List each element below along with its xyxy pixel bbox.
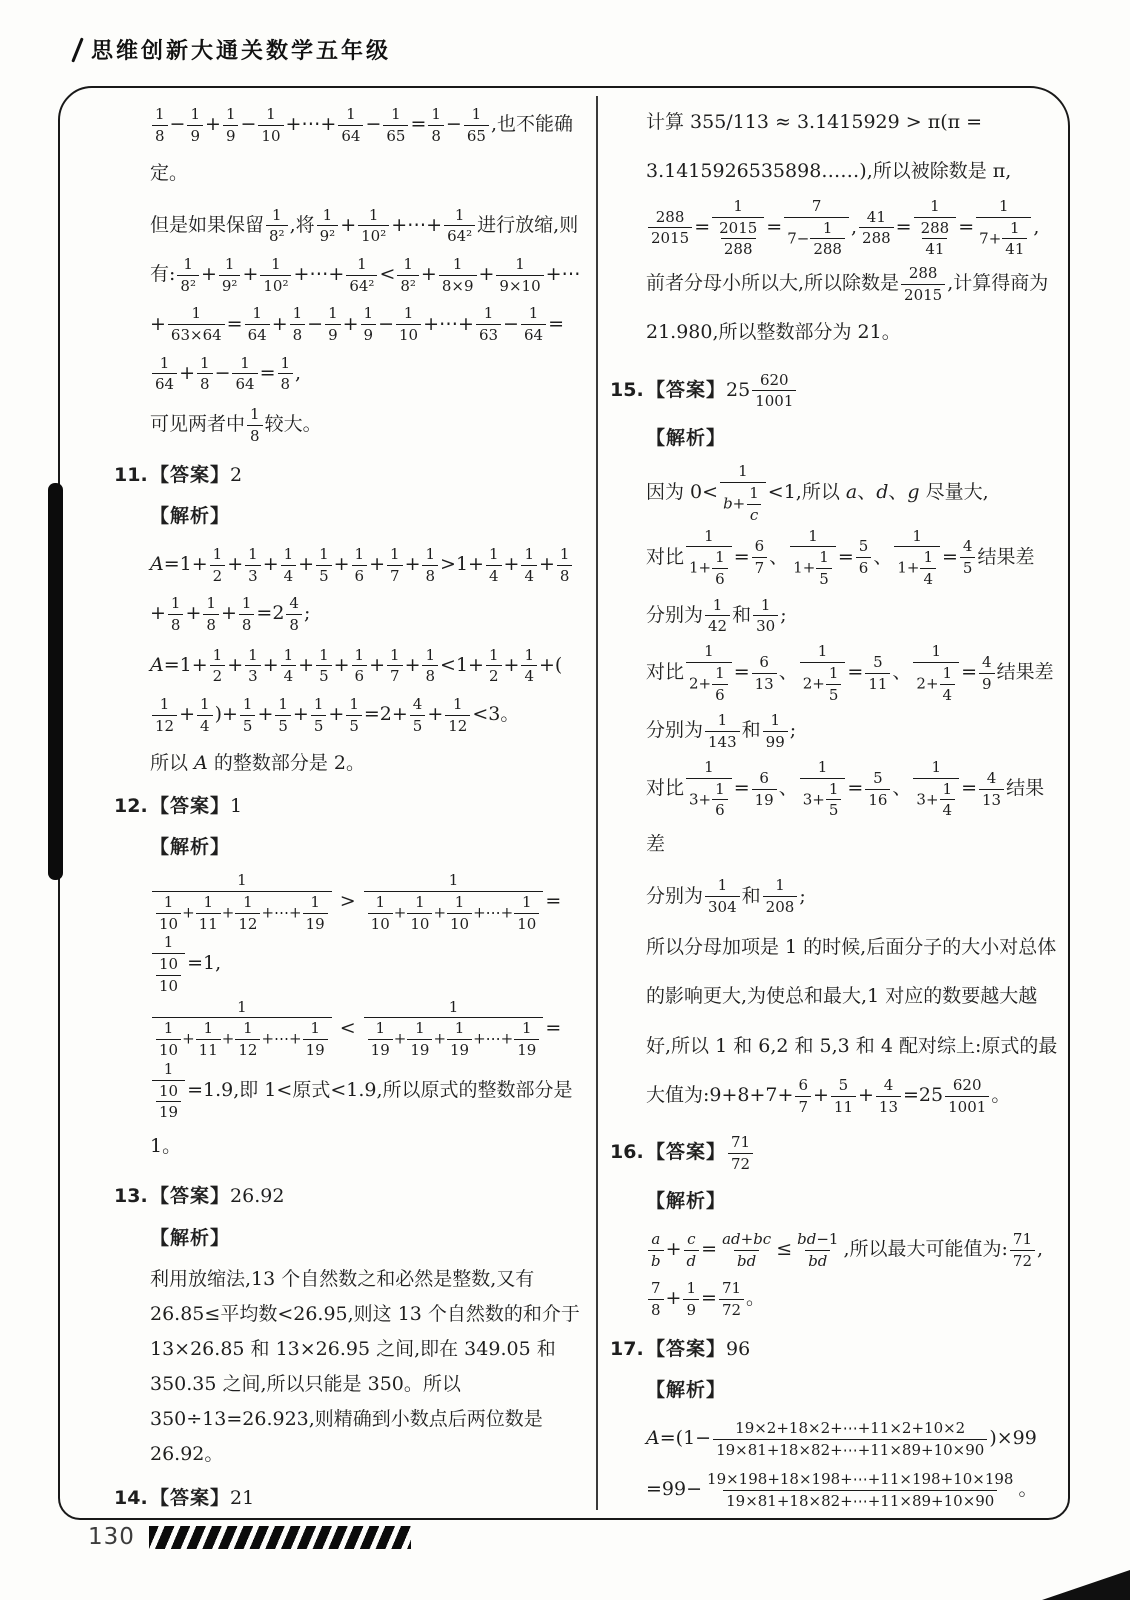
fraction: 511 xyxy=(831,1076,856,1117)
problem-number: 11. xyxy=(114,458,150,493)
fraction: 14 xyxy=(940,664,956,705)
fraction: 164 xyxy=(245,304,270,345)
fraction: 110 xyxy=(156,893,181,934)
fraction: 130 xyxy=(753,596,778,637)
fraction: 15 xyxy=(240,695,256,736)
fraction: 15 xyxy=(826,780,842,821)
fraction: ab xyxy=(648,1230,664,1271)
fraction: 6201001 xyxy=(752,371,796,412)
fraction: 613 xyxy=(752,653,777,694)
fraction: 15 xyxy=(311,695,327,736)
fraction: 18² xyxy=(266,206,288,247)
fraction: 13+16 xyxy=(686,758,732,820)
fraction: 110² xyxy=(260,255,291,296)
left-column: 18−19+19−110+⋯+164−165=18−165,也不能确定。但是如果… xyxy=(114,98,582,1518)
fraction: 119 xyxy=(514,1019,539,1060)
page-title: 思维创新大通关数学五年级 xyxy=(91,34,391,65)
solution-paragraph: 分别为1143和199; xyxy=(610,706,1058,755)
fraction: 110 xyxy=(156,1019,181,1060)
fraction: 413 xyxy=(876,1076,901,1117)
fraction: 17 xyxy=(387,545,403,586)
fraction: 112 xyxy=(235,893,260,934)
fraction: 16 xyxy=(712,780,728,821)
fraction: 1208 xyxy=(763,876,798,917)
fraction: 119 xyxy=(303,1019,328,1060)
answer-head: 14.【答案】21 xyxy=(114,1481,582,1516)
fraction: 1119+119+119+⋯+119 xyxy=(364,998,544,1060)
solution-paragraph: 计算 355/113 ≈ 3.1415929 > π(π = 3.1415926… xyxy=(610,98,1058,358)
solution-paragraph: 分别为1304和1208; xyxy=(610,872,1058,921)
solution-paragraph: 故:19×198+18×198+⋯+11×198+10×19819×81+18×… xyxy=(610,1517,1058,1520)
fraction: 18 xyxy=(422,545,438,586)
fraction: 15 xyxy=(346,695,362,736)
fraction: 18 xyxy=(197,354,213,395)
fraction: 56 xyxy=(856,537,872,578)
bold-label: 【答案】 xyxy=(150,1487,230,1509)
fraction: 112 xyxy=(152,695,177,736)
answer-head: 13.【答案】26.92 xyxy=(114,1179,582,1214)
problem-number: 13. xyxy=(114,1179,150,1214)
solution-paragraph: ab+cd=ad+bcbd≤bd−1bd,所以最大可能值为:7172,78+19… xyxy=(610,1225,1058,1324)
fraction: 19² xyxy=(317,206,339,247)
fraction: 15 xyxy=(275,695,291,736)
fraction: 14 xyxy=(920,548,936,589)
fraction: 18 xyxy=(152,105,168,146)
fraction: 119 xyxy=(407,1019,432,1060)
right-column: 计算 355/113 ≈ 3.1415929 > π(π = 3.1415926… xyxy=(610,96,1058,1518)
solution-paragraph: 1110+111+112+⋯+119 < 1119+119+119+⋯+119=… xyxy=(114,998,582,1172)
fraction: cd xyxy=(684,1230,700,1271)
fraction: 1010 xyxy=(156,955,181,996)
fraction: 7172 xyxy=(728,1133,753,1174)
footer-hatch-decoration xyxy=(149,1526,411,1549)
fraction: 11010 xyxy=(152,933,185,995)
fraction: 142 xyxy=(705,596,730,637)
problem-number: 12. xyxy=(114,789,150,824)
content-frame: 18−19+19−110+⋯+164−165=18−165,也不能确定。但是如果… xyxy=(58,86,1070,1520)
fraction: 16 xyxy=(352,646,368,687)
fraction: 112 xyxy=(445,695,470,736)
fraction: 19 xyxy=(361,304,377,345)
fraction: 163×64 xyxy=(168,304,225,345)
fraction: 14 xyxy=(197,695,213,736)
fraction: 16 xyxy=(352,545,368,586)
fraction: 1110+111+112+⋯+119 xyxy=(152,871,332,933)
fraction: 164² xyxy=(444,206,475,247)
problem-number: 15. xyxy=(610,366,646,415)
fraction: 12 xyxy=(486,646,502,687)
book-page: 思维创新大通关数学五年级 18−19+19−110+⋯+164−165=18−1… xyxy=(0,0,1130,1600)
fraction: 516 xyxy=(865,769,890,810)
bold-label: 【解析】 xyxy=(150,505,230,527)
fraction: 7172 xyxy=(1010,1230,1035,1271)
solution-paragraph: =99−19×198+18×198+⋯+11×198+10×19819×81+1… xyxy=(610,1465,1058,1514)
solution-paragraph: 因为 0<1b+1c<1,所以 a、d、g 尽量大, xyxy=(610,462,1058,524)
fraction: 19 xyxy=(223,105,239,146)
fraction: 18 xyxy=(290,304,306,345)
fraction: 1b+1c xyxy=(720,462,766,524)
fraction: 141 xyxy=(1002,219,1027,260)
fraction: 164 xyxy=(232,354,257,395)
fraction: 41288 xyxy=(859,208,894,249)
fraction: 19² xyxy=(219,255,241,296)
solution-paragraph: 1110+111+112+⋯+119 > 1110+110+110+⋯+110=… xyxy=(114,871,582,996)
fraction: 2882015 xyxy=(648,208,692,249)
fraction: 1c xyxy=(746,484,762,525)
solution-paragraph: 但是如果保留18²,将19²+110²+⋯+164²进行放缩,则有:18²+19… xyxy=(114,201,582,399)
fraction: 18 xyxy=(247,405,263,446)
fraction: 18 xyxy=(239,594,255,635)
fraction: 7172 xyxy=(719,1279,744,1320)
fraction: 15 xyxy=(816,548,832,589)
column-divider xyxy=(596,96,598,1510)
fraction: bd−1bd xyxy=(794,1230,841,1271)
section-label: 【解析】 xyxy=(114,830,582,865)
fraction: 199 xyxy=(763,711,788,752)
page-footer: 130 xyxy=(88,1524,411,1550)
solution-paragraph: 所以分母加项是 1 的时候,后面分子的大小对总体的影响更大,为使总和最大,1 对… xyxy=(610,923,1058,1121)
fraction: 15 xyxy=(826,664,842,705)
page-corner-mark xyxy=(1042,1570,1130,1600)
fraction: 128841 xyxy=(914,197,957,259)
fraction: 164 xyxy=(521,304,546,345)
fraction: 14 xyxy=(486,545,502,586)
fraction: 16 xyxy=(712,664,728,705)
fraction: 45 xyxy=(960,537,976,578)
bold-label: 【解析】 xyxy=(646,427,726,449)
fraction: 14 xyxy=(940,780,956,821)
fraction: 12015288 xyxy=(712,197,764,259)
section-label: 【解析】 xyxy=(610,1184,1058,1219)
fraction: 112 xyxy=(235,1019,260,1060)
fraction: 19×2+18×2+⋯+11×2+10×219×81+18×82+⋯+11×89… xyxy=(713,1419,987,1460)
bold-label: 【解析】 xyxy=(150,1227,230,1249)
fraction: 14 xyxy=(281,646,297,687)
section-label: 【解析】 xyxy=(610,1373,1058,1408)
fraction: 17+141 xyxy=(976,197,1031,259)
fraction: 77−1288 xyxy=(784,197,849,259)
bold-label: 【答案】 xyxy=(150,795,230,817)
solution-paragraph: 分别为142和130; xyxy=(610,591,1058,640)
page-header: 思维创新大通关数学五年级 xyxy=(76,34,391,65)
fraction: 1110+110+110+⋯+110 xyxy=(364,871,544,933)
fraction: 18 xyxy=(278,354,294,395)
solution-paragraph: 对比11+16=67、11+15=56、11+14=45结果差 xyxy=(610,527,1058,589)
fraction: 110 xyxy=(407,893,432,934)
fraction: 19×198+18×198+⋯+11×198+10×19819×81+18×82… xyxy=(704,1470,1016,1511)
fraction: 67 xyxy=(795,1076,811,1117)
fraction: 1143 xyxy=(705,711,740,752)
fraction: 14 xyxy=(281,545,297,586)
fraction: 19×10 xyxy=(496,255,543,296)
solution-paragraph: A=1+12+13+14+15+16+17+18>1+14+14+18+18+1… xyxy=(114,540,582,639)
bold-label: 【解析】 xyxy=(150,836,230,858)
section-label: 【解析】 xyxy=(114,499,582,534)
fraction: 164 xyxy=(338,105,363,146)
fraction: 165 xyxy=(383,105,408,146)
answer-head: 12.【答案】1 xyxy=(114,789,582,824)
fraction: 1288 xyxy=(810,219,845,260)
fraction: 12+15 xyxy=(800,642,846,704)
solution-paragraph: A=1+12+13+14+15+16+17+18<1+12+14+(112+14… xyxy=(114,641,582,740)
fraction: 164² xyxy=(346,255,377,296)
fraction: 511 xyxy=(865,653,890,694)
fraction: 18² xyxy=(397,255,419,296)
fraction: 619 xyxy=(752,769,777,810)
solution-paragraph: 对比12+16=613、12+15=511、12+14=49结果差 xyxy=(610,642,1058,704)
fraction: 1304 xyxy=(705,876,740,917)
fraction: 17 xyxy=(387,646,403,687)
fraction: 165 xyxy=(464,105,489,146)
fraction: 18 xyxy=(203,594,219,635)
fraction: 119 xyxy=(447,1019,472,1060)
fraction: 13+15 xyxy=(800,758,846,820)
answer-head: 17.【答案】96 xyxy=(610,1332,1058,1367)
bold-label: 【解析】 xyxy=(646,1379,726,1401)
header-slash-mark xyxy=(71,37,84,62)
fraction: 18 xyxy=(557,545,573,586)
fraction: 119 xyxy=(368,1019,393,1060)
fraction: 15 xyxy=(316,646,332,687)
fraction: 19 xyxy=(683,1279,699,1320)
answer-head: 15.【答案】256201001 xyxy=(610,366,1058,415)
fraction: 18 xyxy=(422,646,438,687)
fraction: 12+16 xyxy=(686,642,732,704)
fraction: 110 xyxy=(514,893,539,934)
fraction: 11019 xyxy=(152,1060,185,1122)
fraction: 18² xyxy=(177,255,199,296)
fraction: 110 xyxy=(447,893,472,934)
fraction: 6201001 xyxy=(945,1076,989,1117)
bold-label: 【答案】 xyxy=(646,1141,726,1163)
fraction: 67 xyxy=(752,537,768,578)
fraction: 164 xyxy=(152,354,177,395)
problem-number: 17. xyxy=(610,1332,646,1367)
fraction: 13 xyxy=(245,545,261,586)
fraction: 19 xyxy=(325,304,341,345)
fraction: 2882015 xyxy=(901,264,945,305)
fraction: 48 xyxy=(286,594,302,635)
fraction: 11+14 xyxy=(894,527,940,589)
fraction: 11+16 xyxy=(686,527,732,589)
section-label: 【解析】 xyxy=(610,421,1058,456)
fraction: 28841 xyxy=(918,219,953,260)
fraction: 111 xyxy=(196,893,221,934)
fraction: 110² xyxy=(358,206,389,247)
problem-number: 14. xyxy=(114,1481,150,1516)
solution-paragraph: 可见两者中18较大。 xyxy=(114,400,582,449)
fraction: 12 xyxy=(210,545,226,586)
fraction: 11+15 xyxy=(790,527,836,589)
answer-head: 11.【答案】2 xyxy=(114,458,582,493)
fraction: 18 xyxy=(168,594,184,635)
fraction: 14 xyxy=(521,646,537,687)
solution-paragraph: 对比13+16=619、13+15=516、13+14=413结果差 xyxy=(610,758,1058,870)
fraction: 45 xyxy=(410,695,426,736)
solution-paragraph: 所以 A 的整数部分是 2。 xyxy=(114,746,582,781)
bold-label: 【答案】 xyxy=(646,1338,726,1360)
fraction: 110 xyxy=(258,105,283,146)
fraction: 78 xyxy=(648,1279,664,1320)
solution-paragraph: 利用放缩法,13 个自然数之和必然是整数,又有 26.85≤平均数<26.95,… xyxy=(114,1262,582,1473)
answer-head: 16.【答案】7172 xyxy=(610,1128,1058,1177)
fraction: 1110+111+112+⋯+119 xyxy=(152,998,332,1060)
fraction: ad+bcbd xyxy=(719,1230,774,1271)
fraction: 110 xyxy=(368,893,393,934)
bold-label: 【答案】 xyxy=(150,1185,230,1207)
fraction: 1019 xyxy=(156,1082,181,1123)
solution-paragraph: A=(1−19×2+18×2+⋯+11×2+10×219×81+18×82+⋯+… xyxy=(610,1414,1058,1463)
fraction: 15 xyxy=(316,545,332,586)
fraction: 111 xyxy=(196,1019,221,1060)
fraction: 14 xyxy=(521,545,537,586)
bold-label: 【答案】 xyxy=(150,464,230,486)
fraction: 18×9 xyxy=(439,255,477,296)
bold-label: 【解析】 xyxy=(646,1190,726,1212)
fraction: 49 xyxy=(979,653,995,694)
fraction: 19 xyxy=(187,105,203,146)
fraction: 13+14 xyxy=(913,758,959,820)
fraction: 18 xyxy=(428,105,444,146)
fraction: 12 xyxy=(210,646,226,687)
solution-paragraph: 18−19+19−110+⋯+164−165=18−165,也不能确定。 xyxy=(114,100,582,199)
section-label: 【解析】 xyxy=(114,1221,582,1256)
fraction: 13 xyxy=(245,646,261,687)
fraction: 413 xyxy=(979,769,1004,810)
fraction: 2015288 xyxy=(716,219,760,260)
page-number: 130 xyxy=(88,1524,135,1550)
chapter-edge-tab xyxy=(48,483,63,880)
problem-number: 16. xyxy=(610,1128,646,1177)
fraction: 16 xyxy=(712,548,728,589)
fraction: 110 xyxy=(396,304,421,345)
fraction: 163 xyxy=(476,304,501,345)
bold-label: 【答案】 xyxy=(646,379,726,401)
fraction: 119 xyxy=(303,893,328,934)
fraction: 12+14 xyxy=(913,642,959,704)
